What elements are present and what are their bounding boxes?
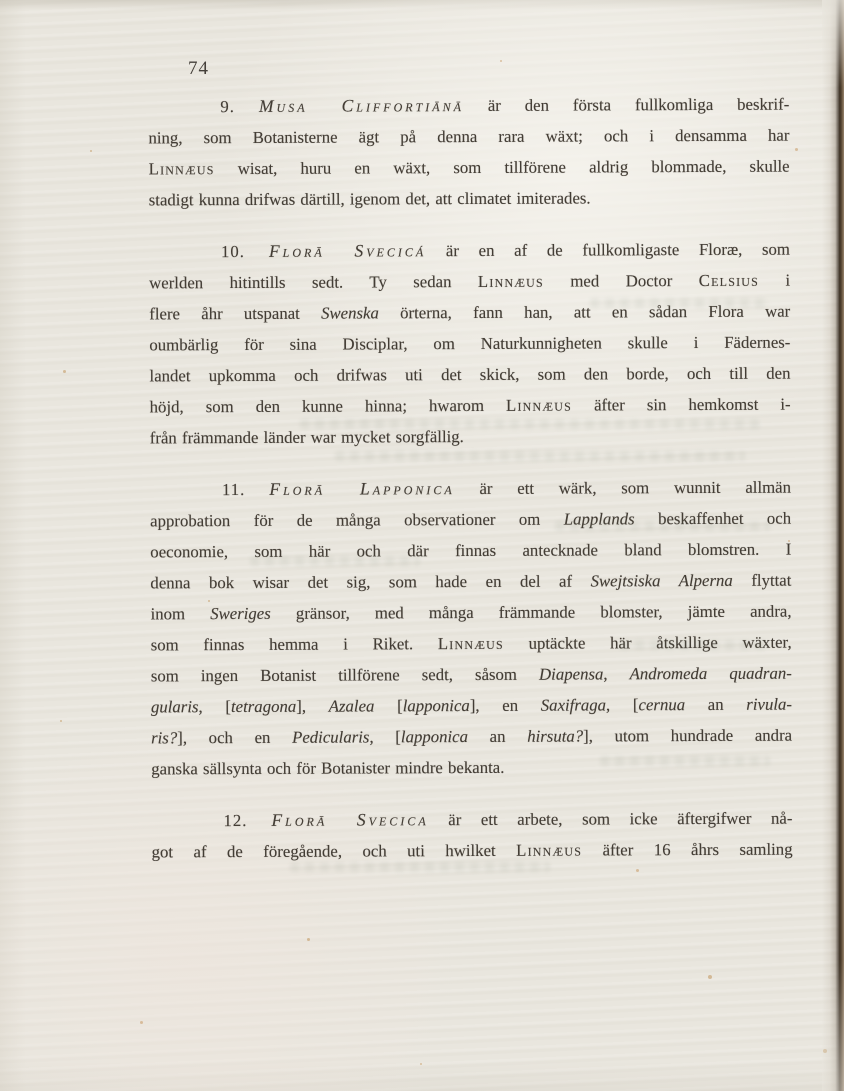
- body-text: ,: [603, 664, 629, 683]
- latin-term: lapponica: [403, 696, 470, 715]
- body-text: som ingen Botanist tillförene sedt, såso…: [151, 665, 539, 686]
- body-text: an: [468, 727, 527, 746]
- text-line: 9.Musa Cliffortiānā är den första fullko…: [148, 89, 789, 123]
- person-name: Linnæus: [438, 634, 504, 653]
- latin-term: Sweriges: [210, 604, 271, 623]
- foxing-speck: [63, 370, 66, 373]
- foxing-speck: [636, 869, 639, 872]
- person-name: Celsius: [699, 271, 759, 290]
- text-line: 12.Florā Svecica är ett arbete, som icke…: [151, 803, 792, 837]
- body-text: i: [759, 271, 790, 290]
- ink-bleedthrough: [335, 451, 745, 461]
- body-text: approbation för de många observationer o…: [150, 510, 564, 531]
- text-line: 10.Florā Svecicá är en af de fullkomliga…: [149, 234, 790, 268]
- foxing-speck: [307, 938, 310, 941]
- latin-term: lapponica: [401, 727, 468, 746]
- paragraph-number: 11.: [222, 480, 245, 499]
- body-text: som finnas hemma i Riket.: [151, 634, 438, 654]
- body-text: ], och en: [177, 728, 292, 748]
- body-text: är ett arbete, som icke äftergifwer nå-: [429, 809, 793, 830]
- work-title: Florā Lapponica: [269, 478, 454, 499]
- text-line: werlden hitintills sedt. Ty sedan Linnæu…: [149, 265, 790, 299]
- body-text: [: [374, 696, 402, 715]
- ink-bleedthrough: [590, 298, 770, 308]
- latin-term: rivula-: [746, 695, 792, 714]
- body-text: wisat, huru en wäxt, som tillförene aldr…: [215, 157, 790, 179]
- body-text: flyttat: [733, 571, 792, 590]
- book-binding-shadow: [822, 0, 844, 1091]
- paragraph-9: 9.Musa Cliffortiānā är den första fullko…: [148, 89, 790, 216]
- paragraph-number: 10.: [221, 242, 245, 261]
- ink-bleedthrough: [300, 419, 760, 429]
- body-text: höjd, som den kunne hinna; hwarom: [150, 396, 506, 417]
- body-text: oumbärlig för sina Disciplar, om Naturku…: [149, 333, 790, 355]
- foxing-speck: [708, 975, 712, 979]
- foxing-speck: [500, 60, 502, 62]
- person-name: Linnæus: [506, 396, 572, 415]
- body-text: ], utom hundrade andra: [583, 726, 792, 746]
- person-name: Linnæus: [149, 159, 215, 178]
- body-text: got af de föregående, och uti hwilket: [152, 841, 517, 862]
- body-text: ],: [296, 697, 329, 716]
- foxing-speck: [60, 720, 62, 722]
- text-line: Linnæus wisat, huru en wäxt, som tillför…: [149, 151, 790, 185]
- text-line: ris?], och en Pedicularis, [lapponica an…: [151, 720, 792, 754]
- work-title: Florā Svecica: [271, 809, 428, 830]
- latin-term: Saxifraga: [541, 695, 606, 714]
- latin-term: hirsuta?: [527, 727, 583, 746]
- body-text: är ett wärk, som wunnit allmän: [455, 478, 791, 498]
- body-text: , [: [606, 695, 639, 714]
- body-text: an: [685, 695, 746, 714]
- text-line: approbation för de många observationer o…: [150, 503, 791, 537]
- body-text: , [: [369, 727, 401, 746]
- body-text: denna bok wisar det sig, som hade en del…: [150, 571, 590, 592]
- book-page-scan: 74 9.Musa Cliffortiānā är den första ful…: [0, 0, 844, 1091]
- body-text: , [: [198, 697, 231, 716]
- work-title: Musa Cliffortiānā: [259, 95, 464, 116]
- latin-term: gularis: [151, 697, 199, 716]
- body-text: är den första fullkomliga beskrif-: [464, 95, 790, 115]
- latin-term: Andromeda quadran-: [630, 664, 792, 684]
- body-text: är en af de fullkomligaste Floræ, som: [426, 240, 790, 261]
- text-line: inom Sweriges gränsor, med många främman…: [150, 596, 791, 630]
- body-text: ganska sällsynta och för Botanister mind…: [151, 758, 504, 779]
- text-line: gularis, [tetragona], Azalea [lapponica]…: [151, 689, 792, 723]
- body-text: från främmande länder war mycket sorgfäl…: [150, 427, 464, 447]
- body-text: werlden hitintills sedt. Ty sedan: [149, 272, 478, 292]
- body-text: äfter 16 åhrs samling: [582, 840, 793, 860]
- ink-bleedthrough: [620, 640, 770, 650]
- latin-term: Swenska: [321, 303, 379, 322]
- ink-bleedthrough: [555, 521, 770, 531]
- text-line: stadigt kunna drifwas därtill, igenom de…: [149, 182, 790, 216]
- text-line: landet upkomma och drifwas uti det skick…: [149, 358, 790, 392]
- text-line: denna bok wisar det sig, som hade en del…: [150, 565, 791, 599]
- latin-term: cernua: [638, 695, 685, 714]
- ink-bleedthrough: [250, 556, 420, 566]
- person-name: Linnæus: [516, 841, 582, 860]
- text-line: som ingen Botanist tillförene sedt, såso…: [151, 658, 792, 692]
- latin-term: Azalea: [329, 696, 375, 715]
- body-text: gränsor, med många främmande blomster, j…: [271, 602, 792, 623]
- work-title: Florā Svecicá: [269, 240, 426, 261]
- text-line: 11.Florā Lapponica är ett wärk, som wunn…: [150, 472, 791, 506]
- body-text: landet upkomma och drifwas uti det skick…: [149, 364, 790, 386]
- ink-bleedthrough: [290, 862, 550, 872]
- paragraph-12: 12.Florā Svecica är ett arbete, som icke…: [151, 803, 792, 868]
- body-text: med Doctor: [544, 271, 699, 291]
- body-text: ], en: [470, 696, 541, 715]
- body-text: inom: [151, 604, 211, 623]
- latin-term: ris?: [151, 728, 177, 747]
- body-text: flere åhr utspanat: [149, 304, 321, 324]
- body-text: ning, som Botanisterne ägt på denna rara…: [148, 126, 789, 148]
- foxing-speck: [208, 600, 210, 602]
- body-text: äfter sin hemkomst i-: [572, 395, 791, 415]
- latin-term: Pedicularis: [292, 727, 369, 746]
- person-name: Linnæus: [478, 272, 544, 291]
- paragraph-number: 9.: [220, 97, 235, 116]
- page-text-block: 9.Musa Cliffortiānā är den första fullko…: [148, 89, 792, 889]
- paragraph-number: 12.: [223, 811, 247, 830]
- text-line: ning, som Botanisterne ägt på denna rara…: [148, 120, 789, 154]
- text-line: oumbärlig för sina Disciplar, om Naturku…: [149, 327, 790, 361]
- foxing-speck: [140, 1021, 143, 1024]
- foxing-speck: [795, 148, 798, 151]
- ink-bleedthrough: [600, 756, 770, 766]
- foxing-speck: [420, 1063, 422, 1065]
- text-line: höjd, som den kunne hinna; hwarom Linnæu…: [150, 389, 791, 423]
- foxing-speck: [90, 150, 92, 152]
- page-number: 74: [188, 58, 209, 80]
- text-line: oeconomie, som här och där finnas anteck…: [150, 534, 791, 568]
- body-text: oeconomie, som här och där finnas anteck…: [150, 540, 791, 562]
- latin-term: Swejtsiska Alperna: [591, 571, 733, 591]
- body-text: stadigt kunna drifwas därtill, igenom de…: [149, 188, 591, 209]
- paragraph-11: 11.Florā Lapponica är ett wärk, som wunn…: [150, 472, 792, 785]
- latin-term: tetragona: [231, 697, 296, 716]
- foxing-speck: [788, 540, 790, 542]
- latin-term: Diapensa: [539, 664, 603, 683]
